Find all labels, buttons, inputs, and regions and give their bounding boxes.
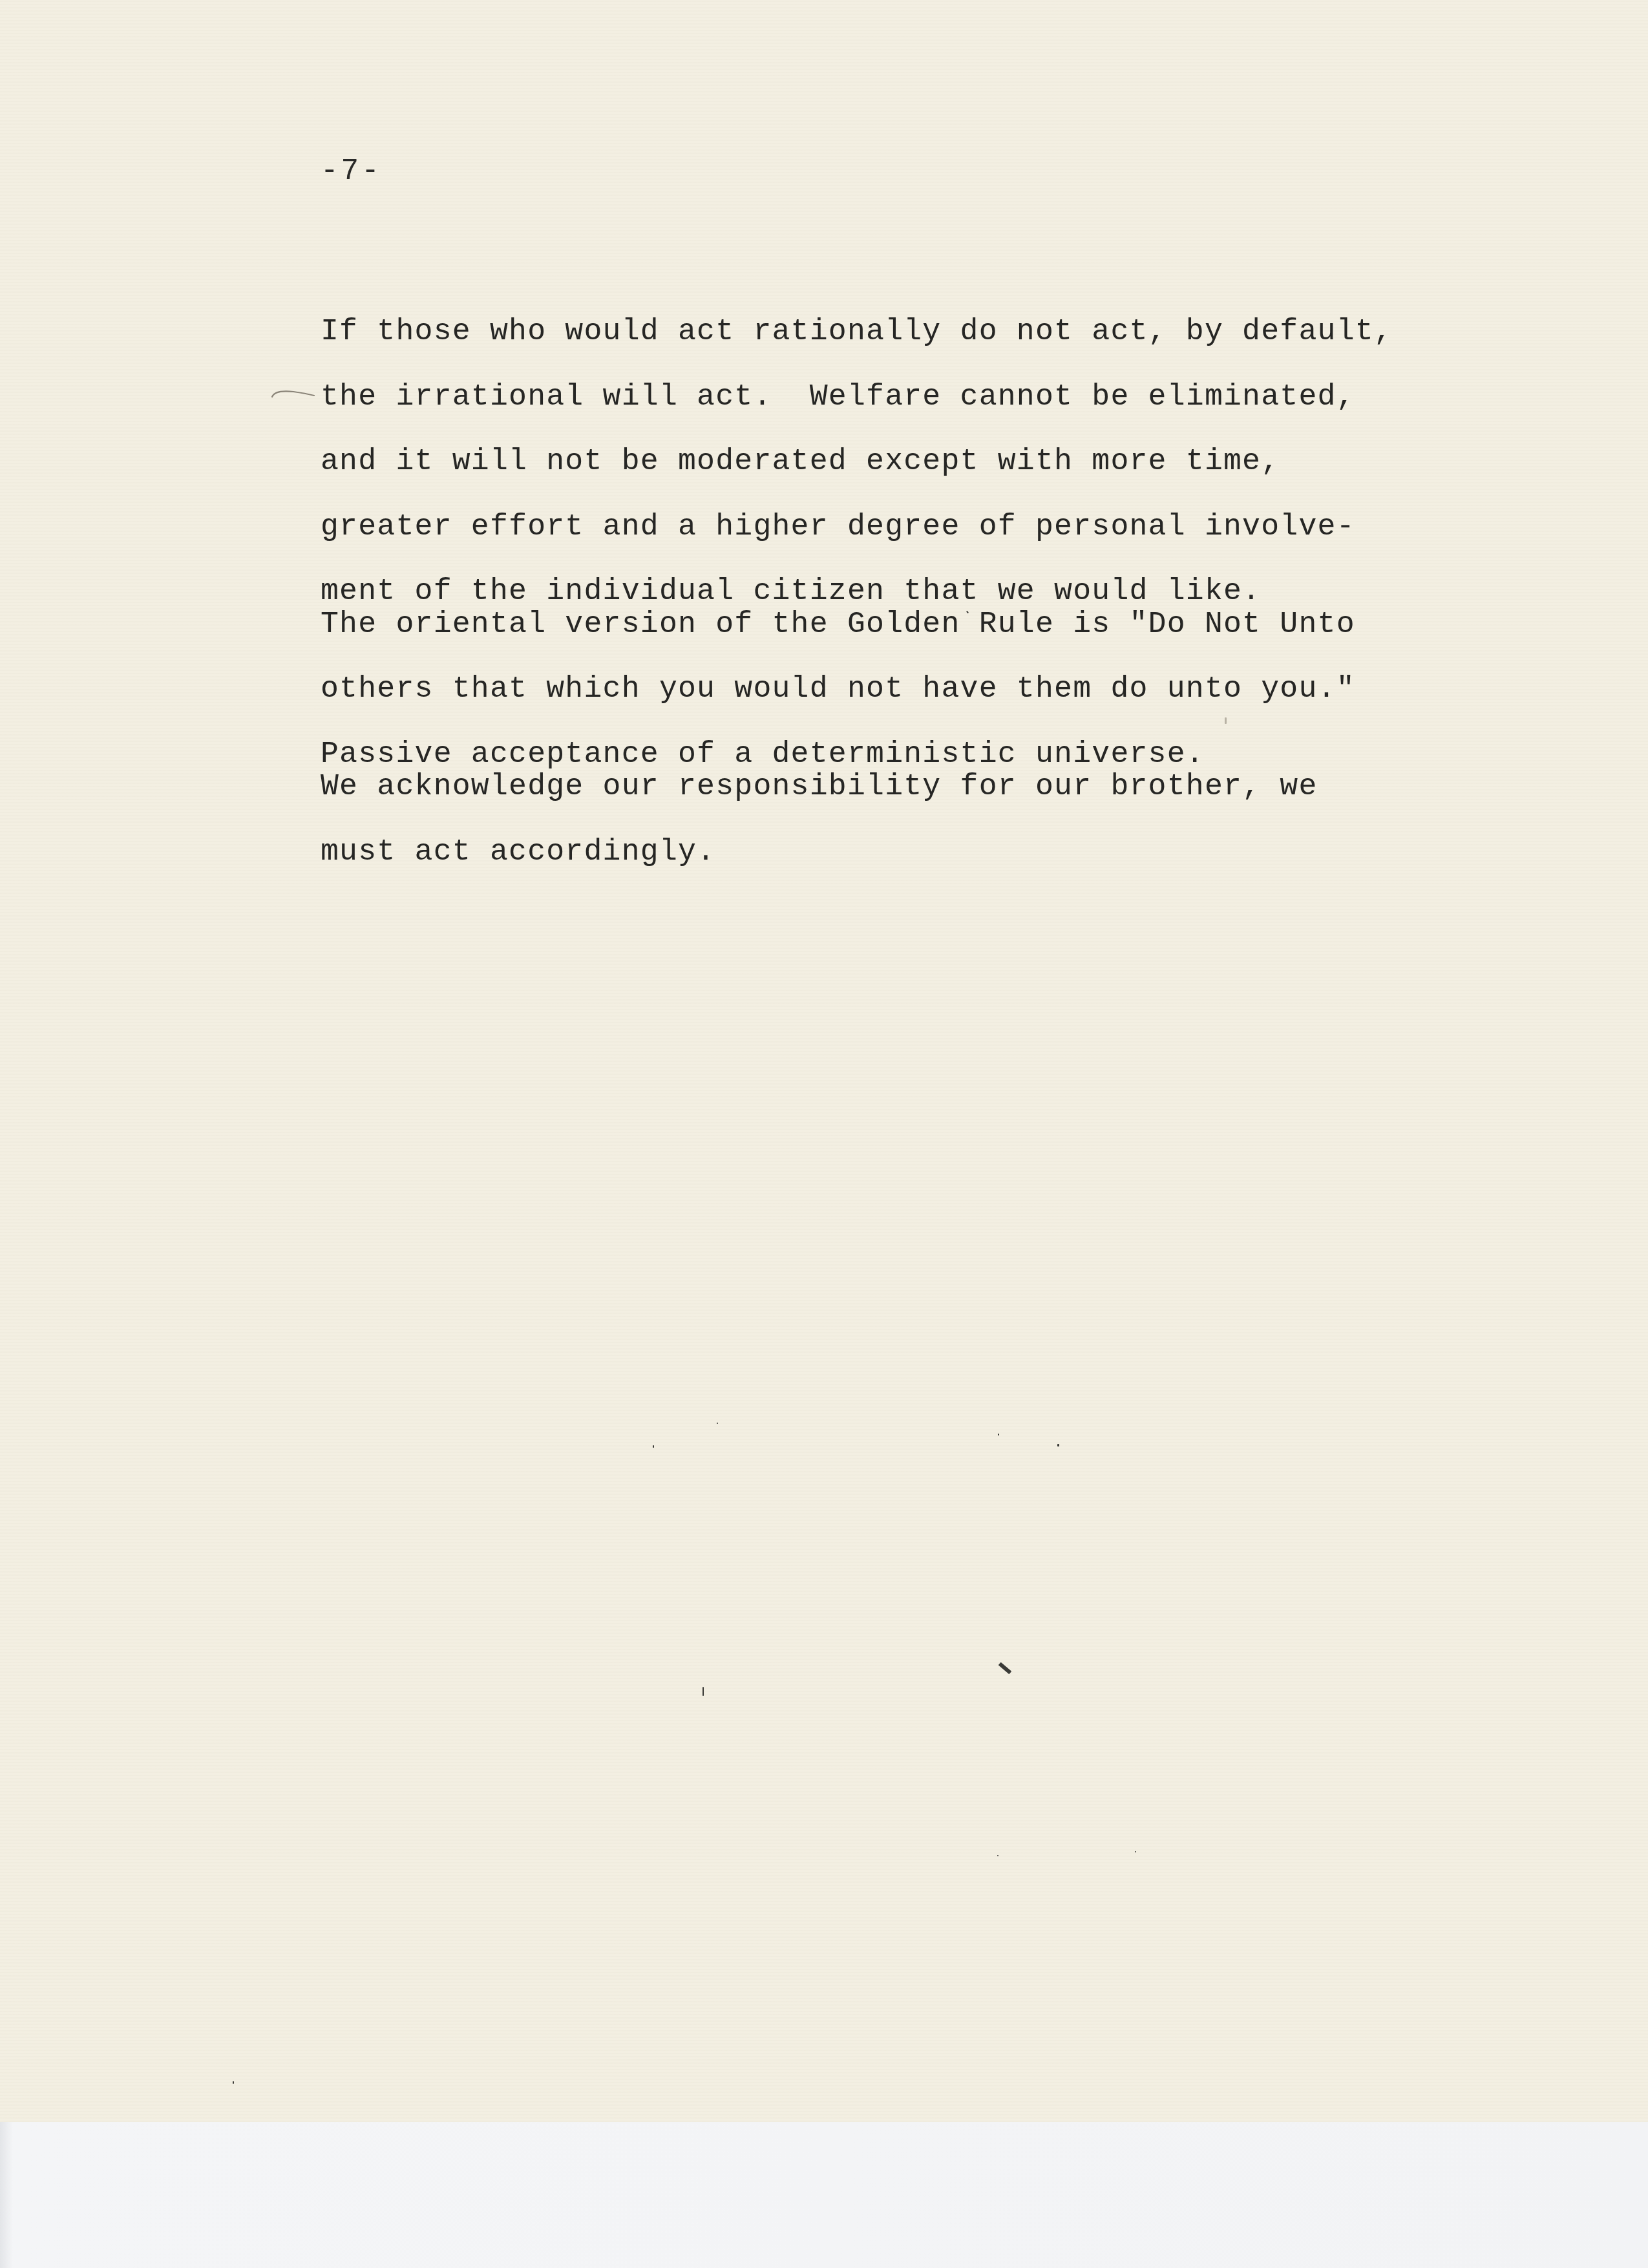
text-line: If those who would act rationally do not… [321, 309, 1484, 374]
scanner-bed [0, 2122, 1648, 2268]
scan-speck [703, 1687, 704, 1696]
scan-speck [998, 1434, 999, 1436]
text-line: the irrational will act. Welfare cannot … [321, 374, 1484, 440]
scan-speck [233, 2081, 234, 2084]
text-line: and it will not be moderated except with… [321, 439, 1484, 504]
margin-pencil-mark-icon [270, 388, 315, 401]
scan-speck [1057, 1444, 1059, 1447]
document-body: If those who would act rationally do not… [321, 309, 1484, 894]
text-line: We acknowledge our responsibility for ou… [321, 764, 1484, 829]
text-line: greater effort and a higher degree of pe… [321, 504, 1484, 569]
text-line: others that which you would not have the… [321, 666, 1484, 732]
scan-speck [998, 1662, 1012, 1675]
scan-speck [1225, 717, 1227, 724]
paper-page: -7- If those who would act rationally do… [0, 0, 1648, 2122]
paragraph-1: If those who would act rationally do not… [321, 309, 1484, 634]
paragraph-3: We acknowledge our responsibility for ou… [321, 764, 1484, 894]
scan-speck [1135, 1851, 1136, 1852]
scan-speck [717, 1423, 718, 1424]
text-line: The oriental version of the Golden Rule … [321, 602, 1484, 667]
scan-speck [653, 1445, 654, 1448]
text-line: must act accordingly. [321, 829, 1484, 895]
scan-speck [997, 1855, 998, 1856]
page-number: -7- [321, 153, 382, 190]
